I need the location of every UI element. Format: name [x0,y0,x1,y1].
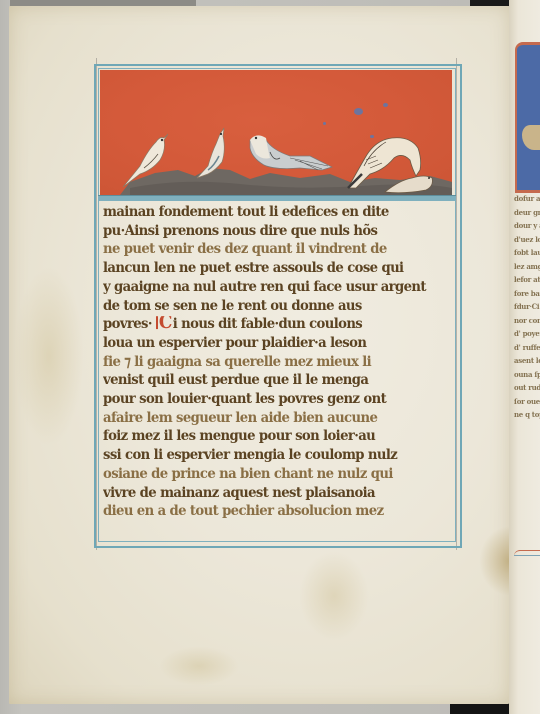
miniature-birds [100,70,452,195]
parchment-stain [299,551,369,641]
facing-text-line: ne q top [514,408,540,422]
facing-text-line: d' ruffell [514,341,540,355]
facing-page-text: dofur auz deur gnt dour y a d'uez lor fo… [514,192,540,542]
facing-text-line: dour y a [514,219,540,233]
text-line: dieu en a de tout pechier absolucion mez [103,503,453,527]
manuscript-text-block: mainan fondement tout li edefices en dit… [103,201,453,535]
text-line-start: povres· [103,316,152,332]
facing-page-frame-rule [514,550,540,556]
facing-text-line: fdur·Ci [514,300,540,314]
parchment-stain [159,646,239,686]
facing-text-line: lefor atre [514,273,540,287]
facing-rubric-line: fdur·Ci [514,302,539,311]
facing-text-line: d' poyer [514,327,540,341]
facing-text-line: ſor ouer [514,395,540,409]
facing-text-line: ouna ſpa [514,368,540,382]
miniature-illustration [100,70,452,195]
facing-text-line: fore bart [514,287,540,301]
facing-text-line: dofur auz [514,192,540,206]
facing-miniature-animal [522,125,540,150]
facing-page-miniature [515,42,540,193]
facing-text-line: lez amgu [514,260,540,274]
bird-3-icon [250,135,332,170]
parchment-stain [14,266,84,446]
facing-text-line: asent lou [514,354,540,368]
rubric-initial: C [156,316,172,329]
rubric-line-rest: i nous dit fable·dun coulons [173,316,362,332]
facing-text-line: fobt laurt [514,246,540,260]
facing-text-line: d'uez lor [514,233,540,247]
facing-text-line: deur gnt [514,206,540,220]
facing-text-line: out rud [514,381,540,395]
facing-text-line: nor contu [514,314,540,328]
